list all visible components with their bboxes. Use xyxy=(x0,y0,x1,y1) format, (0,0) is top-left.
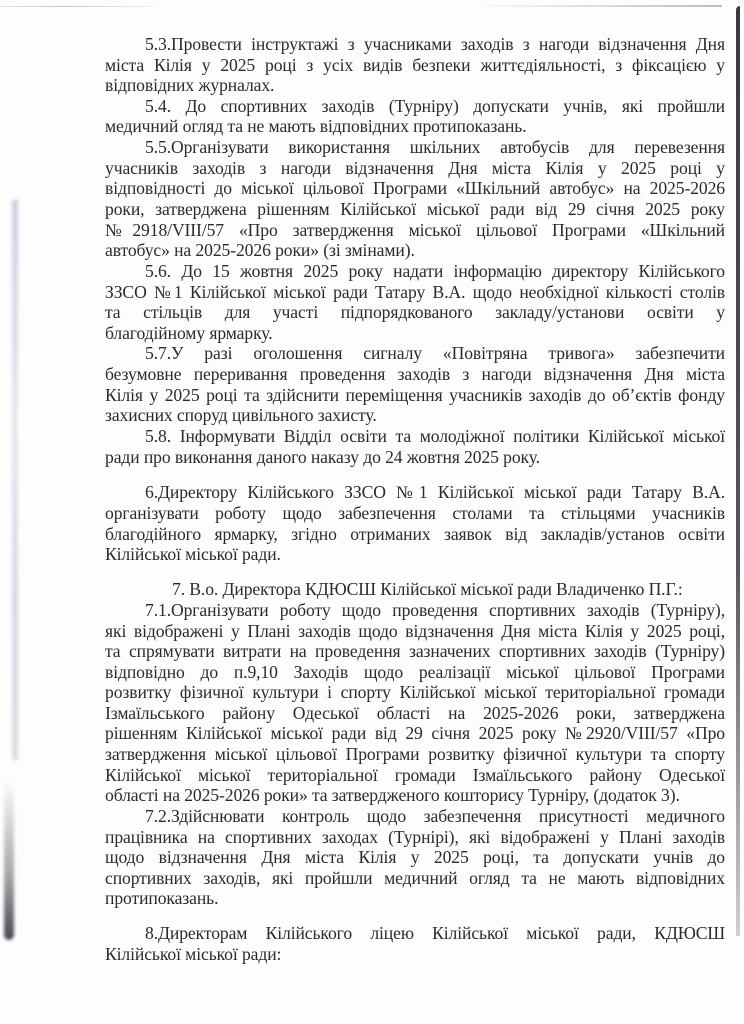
text-line: щодо відзначення Дня міста Кілія у 2025 … xyxy=(105,847,725,867)
text-line: 8.Директорам Кілійського ліцею Кілійсько… xyxy=(145,923,725,943)
text-line: благодійного ярмарку, згідно отриманих з… xyxy=(105,524,725,544)
text-line: 5.4. До спортивних заходів (Турніру) доп… xyxy=(145,96,725,116)
text-line: Ізмаїльського району Одеської області на… xyxy=(105,703,725,723)
text-line: учасників заходів з нагоди відзначення Д… xyxy=(105,158,725,178)
text-line: відповідно до п.9,10 Заходів щодо реаліз… xyxy=(105,662,725,682)
text-line: Кілійської міської територіальної громад… xyxy=(105,765,725,785)
text-line: №2918/VIII/57 «Про затвердження міської … xyxy=(105,220,725,240)
text-line: Кілійської міської ради: xyxy=(105,944,725,964)
text-line: Кілія у 2025 році та здійснити переміщен… xyxy=(105,385,725,405)
text-line: 5.8. Інформувати Відділ освіти та молоді… xyxy=(145,426,725,446)
text-line: 5.5.Організувати використання шкільних а… xyxy=(145,137,725,157)
text-line: розвитку фізичної культури і спорту Кілі… xyxy=(105,682,725,702)
scan-artifact-left-smudge xyxy=(12,200,18,760)
scanned-document-page: 5.3.Провести інструктажі з учасниками за… xyxy=(0,0,744,1024)
text-line: ЗЗСО №1 Кілійської міської ради Татару В… xyxy=(105,282,725,302)
text-line: безумовне переривання проведення заходів… xyxy=(105,364,725,384)
text-line: 5.3.Провести інструктажі з учасниками за… xyxy=(145,34,725,54)
text-line: організувати роботу щодо забезпечення ст… xyxy=(105,503,725,523)
text-line: області на 2025-2026 роки» та затверджен… xyxy=(105,785,725,805)
scan-artifact-right-edge xyxy=(736,6,740,936)
text-line: ради про виконання даного наказу до 24 ж… xyxy=(105,447,725,467)
text-line: Кілійської міської ради. xyxy=(105,544,725,564)
text-line: роки, затверджена рішенням Кілійської мі… xyxy=(105,199,725,219)
text-line: які відображені у Плані заходів щодо від… xyxy=(105,621,725,641)
scan-artifact-top-line xyxy=(0,6,155,7)
scan-artifact-top-right-line xyxy=(472,5,722,7)
text-line: 5.7.У разі оголошення сигналу «Повітряна… xyxy=(145,343,725,363)
text-line: 7. В.о. Директора КДЮСШ Кілійської міськ… xyxy=(172,579,725,599)
text-line: медичний огляд та не мають відповідних п… xyxy=(105,116,725,136)
text-line: міста Кілія у 2025 році з усіх видів без… xyxy=(105,55,725,75)
text-line: рішенням Кілійської міської ради від 29 … xyxy=(105,723,725,743)
text-line: 5.6. До 15 жовтня 2025 року надати інфор… xyxy=(145,261,725,281)
text-line: затвердження міської цільової Програми р… xyxy=(105,744,725,764)
text-line: 6.Директору Кілійського ЗЗСО №1 Кілійськ… xyxy=(145,482,725,502)
text-line: спортивних заходів, які пройшли медичний… xyxy=(105,868,725,888)
text-line: захисних споруд цивільного захисту. xyxy=(105,405,725,425)
text-line: та стільців для участі підпорядкованого … xyxy=(105,302,725,322)
text-line: відповідності до міської цільової Програ… xyxy=(105,178,725,198)
text-line: 7.1.Організувати роботу щодо проведення … xyxy=(145,600,725,620)
text-line: та спрямувати витрати на проведення зазн… xyxy=(105,641,725,661)
scan-artifact-left-dark-smudge xyxy=(4,780,14,940)
text-line: благодійному ярмарку. xyxy=(105,323,725,343)
text-line: 7.2.Здійснювати контроль щодо забезпечен… xyxy=(145,806,725,826)
text-line: протипоказань. xyxy=(105,888,725,908)
text-line: відповідних журналах. xyxy=(105,75,725,95)
text-line: працівника на спортивних заходах (Турнір… xyxy=(105,827,725,847)
text-line: автобус» на 2025-2026 роки» (зі змінами)… xyxy=(105,240,725,260)
